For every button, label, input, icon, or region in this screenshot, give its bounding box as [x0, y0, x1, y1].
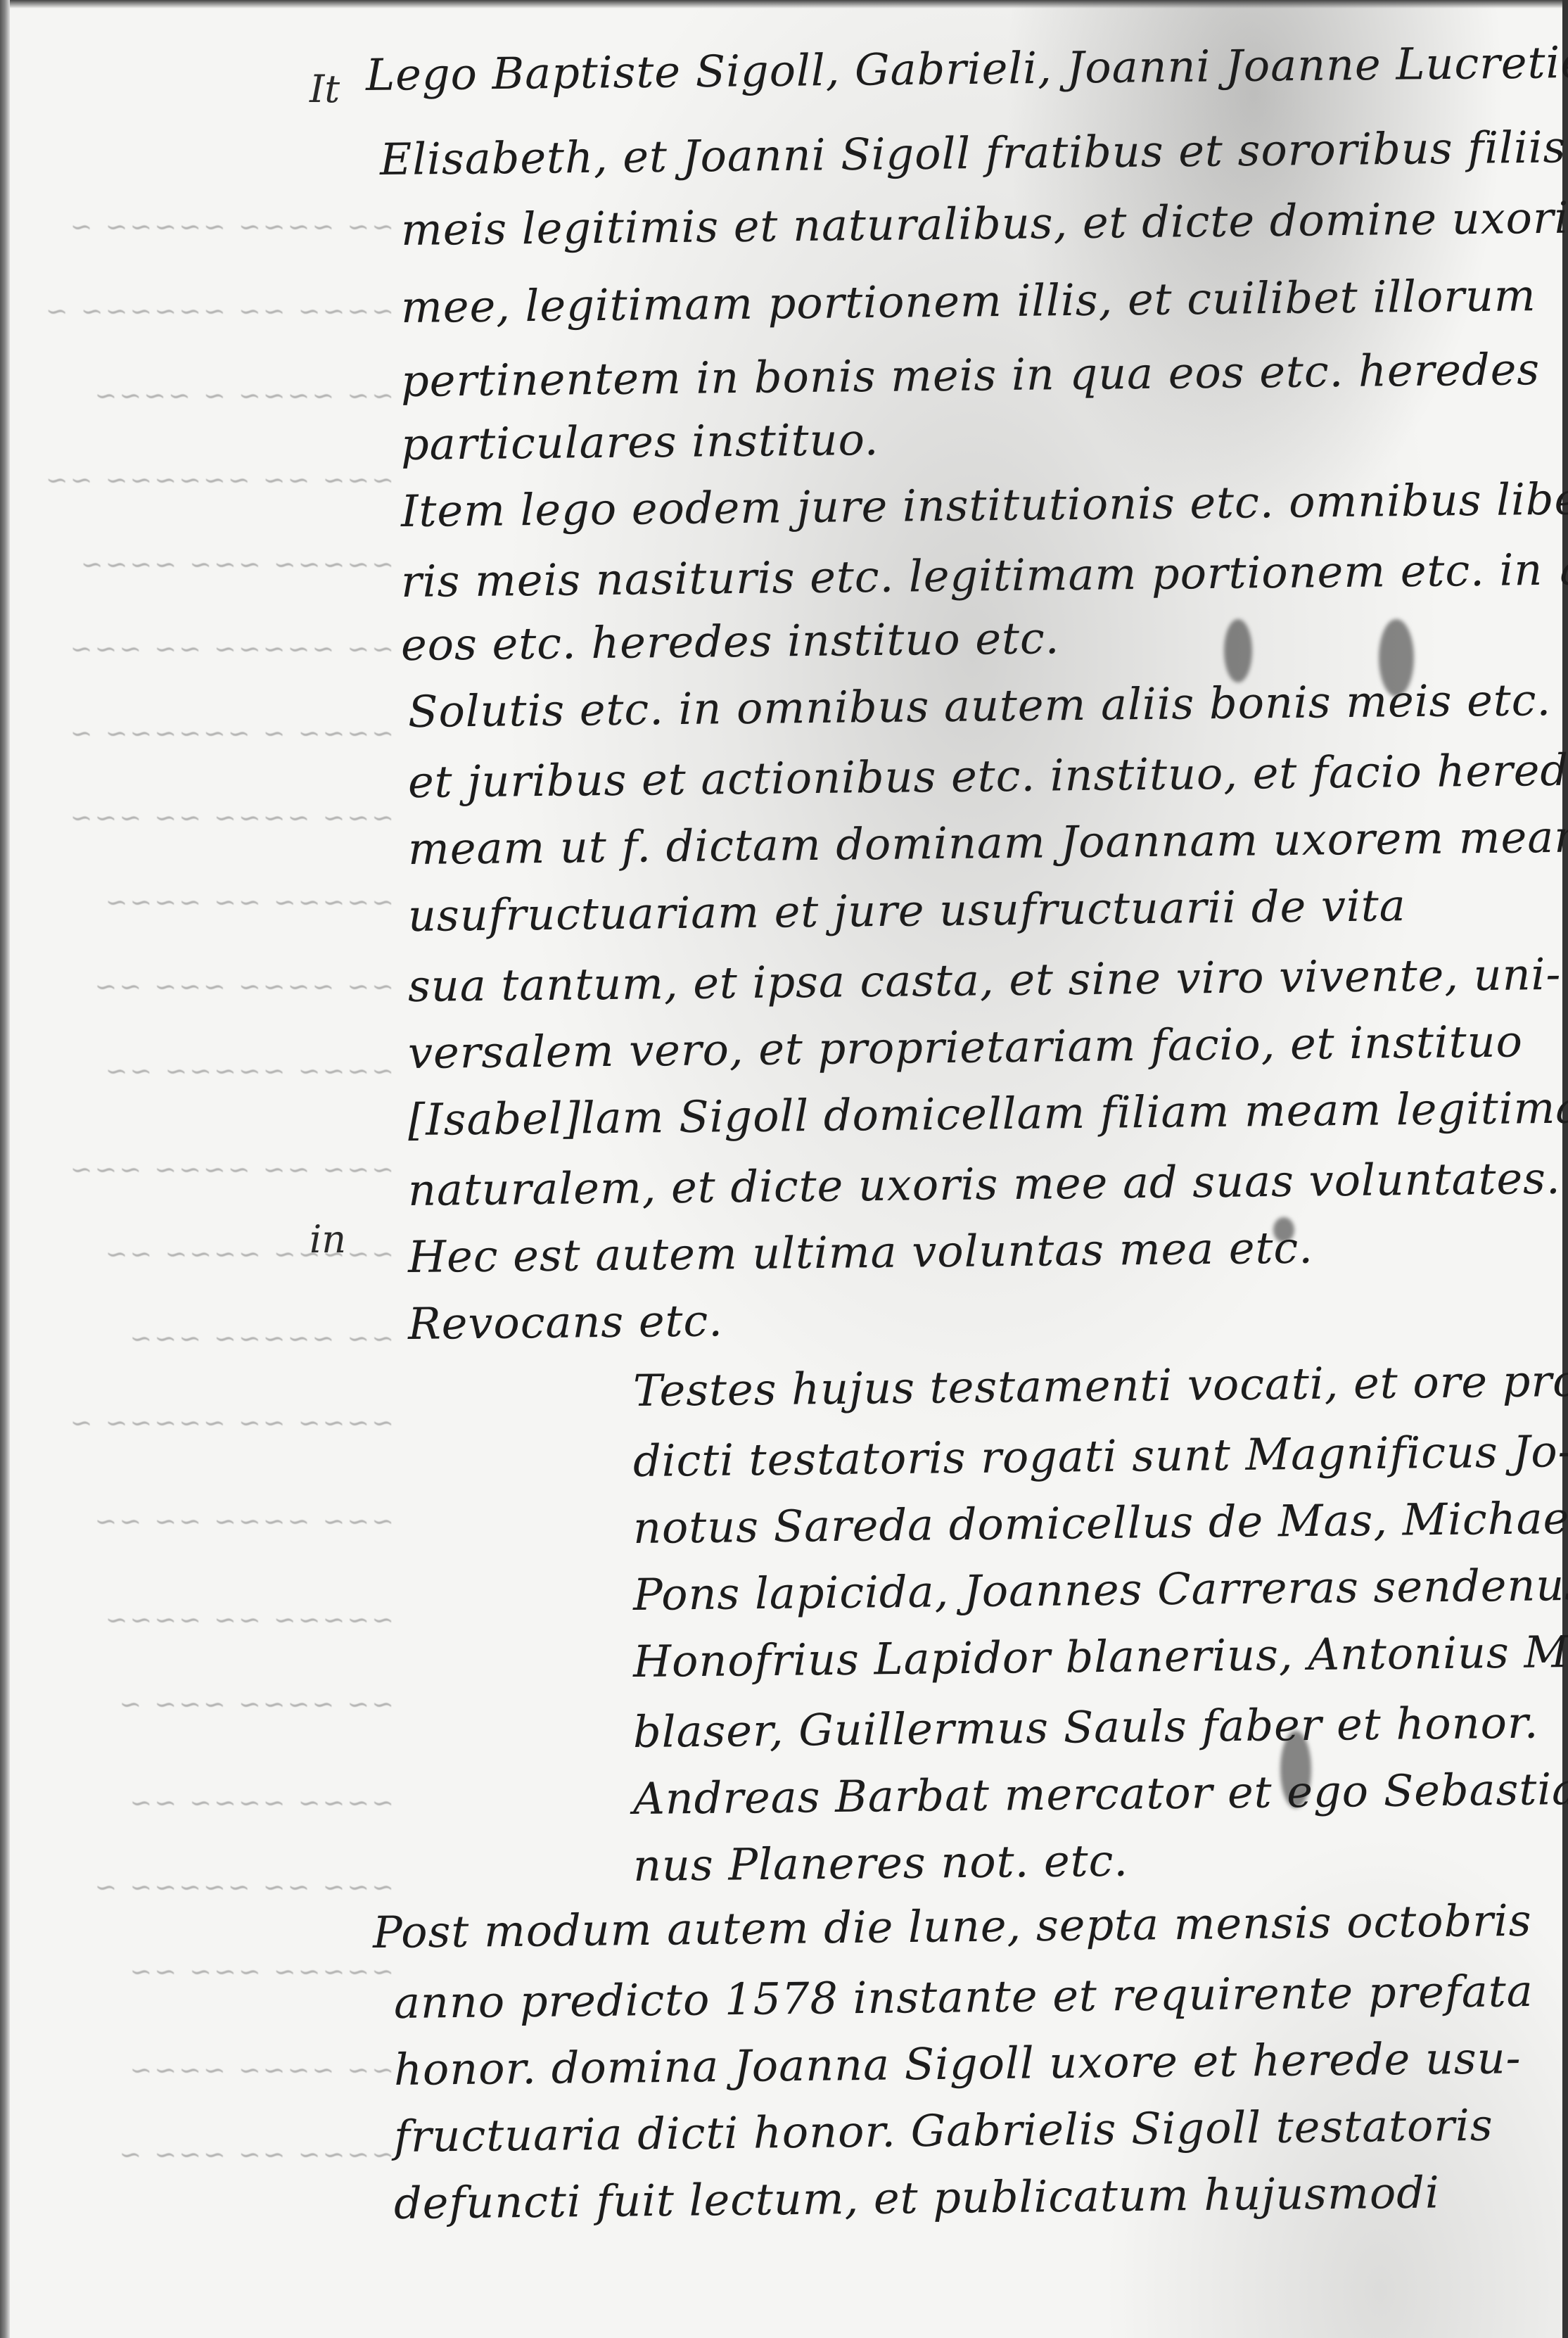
manuscript-page: ~~ ~~~~ ~~~~~ ~ ~~~~ ~~ ~~~~~~ ~ ~~ ~~~~… — [0, 0, 1568, 2338]
bleed-through-text: ~~~~ ~~ ~~~~~~ ~ — [28, 296, 394, 326]
bleed-through-text: ~~~~~ ~~~ ~~ — [28, 1956, 394, 1987]
text-line: naturalem, et dicte uxoris mee ad suas v… — [408, 1152, 1561, 1216]
text-line: Honofrius Lapidor blanerius, Antonius Mo… — [633, 1625, 1568, 1687]
text-line: anno predicto 1578 instante et requirent… — [394, 1965, 1534, 2028]
bleed-through-text: ~~~~ ~ ~~~~~~ ~ — [28, 718, 394, 749]
ink-blot — [1224, 619, 1252, 682]
page-top-edge — [0, 0, 1568, 8]
text-line: Solutis etc. in omnibus autem aliis boni… — [408, 674, 1552, 737]
bleed-through-text: ~~~~ ~~~~ ~~ — [28, 1787, 394, 1818]
bleed-through-text: ~~~ ~~~~ ~~ ~~ — [28, 1506, 394, 1537]
text-line: Post modum autem die lune, septa mensis … — [373, 1895, 1532, 1958]
text-line: honor. domina Joanna Sigoll uxore et her… — [394, 2032, 1522, 2095]
bleed-through-text: ~~~~ ~~ ~~~ ~ — [28, 2139, 394, 2170]
bleed-through-text: ~~~~ ~~ ~~~~~ ~ — [28, 1407, 394, 1438]
text-line: [Isabel]lam Sigoll domicellam filiam mea… — [408, 1081, 1568, 1145]
text-line: mee, legitimam portionem illis, et cuili… — [401, 269, 1536, 333]
bleed-through-text: ~~ ~~~~ ~~~ ~~ — [28, 971, 394, 1002]
bleed-through-text: ~~~ ~~ ~~~~~ ~ — [28, 1872, 394, 1902]
text-line: Revocans etc. — [408, 1295, 724, 1349]
text-line: nus Planeres not. etc. — [633, 1835, 1129, 1891]
text-line: defuncti fuit lectum, et publicatum huju… — [394, 2166, 1440, 2229]
text-line: pertinentem in bonis meis in qua eos etc… — [401, 343, 1541, 407]
text-line: versalem vero, et proprietariam facio, e… — [408, 1015, 1524, 1079]
text-line: blaser, Guillermus Sauls faber et honor. — [633, 1697, 1539, 1758]
text-line: notus Sareda domicellus de Mas, Michael — [633, 1492, 1568, 1554]
bleed-through-text: ~~~~~ ~~~ ~~~~ — [28, 549, 394, 580]
margin-note: in — [310, 1217, 346, 1262]
bleed-through-text: ~~~~~ ~~ ~~~~ — [28, 887, 394, 917]
bleed-through-text: ~~ ~~~~~ ~~~ — [28, 1323, 394, 1354]
text-line: meam ut f. dictam dominam Joannam uxorem… — [408, 811, 1568, 875]
bleed-through-text: ~~ ~~~~~ ~~ ~~~ — [28, 633, 394, 664]
bleed-through-text: ~~ ~~~~ ~~~~~ ~ — [28, 211, 394, 242]
page-right-edge — [1562, 0, 1568, 2338]
bleed-through-text: ~~~ ~~ ~~~~~~ ~~ — [28, 464, 394, 495]
bleed-through-text: ~~~ ~~~~ ~~ ~~~ — [28, 802, 394, 833]
page-left-edge — [0, 0, 10, 2338]
text-line: meis legitimis et naturalibus, et dicte … — [401, 191, 1568, 255]
bleed-through-text: ~~ ~~~~ ~~~ ~ — [28, 1689, 394, 1720]
text-line: particulares instituo. — [401, 414, 879, 470]
text-line: fructuaria dicti honor. Gabrielis Sigoll… — [394, 2099, 1493, 2162]
bleed-through-text: ~~ ~~~~ ~ ~~~~ — [28, 380, 394, 411]
text-line: Item lego eodem jure institutionis etc. … — [401, 473, 1568, 537]
text-line: Pons lapicida, Joannes Carreras sendenus… — [633, 1559, 1568, 1620]
bleed-through-text: ~~ ~~~~ ~~~~ — [28, 2054, 394, 2085]
bleed-through-text: ~~~~ ~~~~~ ~~ — [28, 1055, 394, 1086]
text-line: Elisabeth, et Joanni Sigoll fratibus et … — [380, 121, 1567, 185]
margin-note: It — [310, 67, 340, 111]
text-line: ris meis nasituris etc. legitimam portio… — [401, 542, 1568, 607]
bleed-through-text: ~~~~~ ~~ ~~~~ — [28, 1604, 394, 1635]
text-line: sua tantum, et ipsa casta, et sine viro … — [408, 948, 1562, 1012]
text-line: Lego Baptiste Sigoll, Gabrieli, Joanni J… — [366, 37, 1568, 101]
text-line: Hec est autem ultima voluntas mea etc. — [408, 1222, 1314, 1283]
text-line: eos etc. heredes instituo etc. — [401, 612, 1060, 671]
text-line: usufructuariam et jure usufructuarii de … — [408, 879, 1406, 941]
text-line: et juribus et actionibus etc. instituo, … — [408, 744, 1568, 808]
text-line: dicti testatoris rogati sunt Magnificus … — [633, 1425, 1568, 1487]
text-line: Andreas Barbat mercator et ego Sebastia- — [633, 1763, 1568, 1824]
bleed-through-text: ~~~ ~~ ~~~~ ~~~ — [28, 1154, 394, 1185]
text-line: Testes hujus testamenti vocati, et ore p… — [633, 1354, 1568, 1416]
